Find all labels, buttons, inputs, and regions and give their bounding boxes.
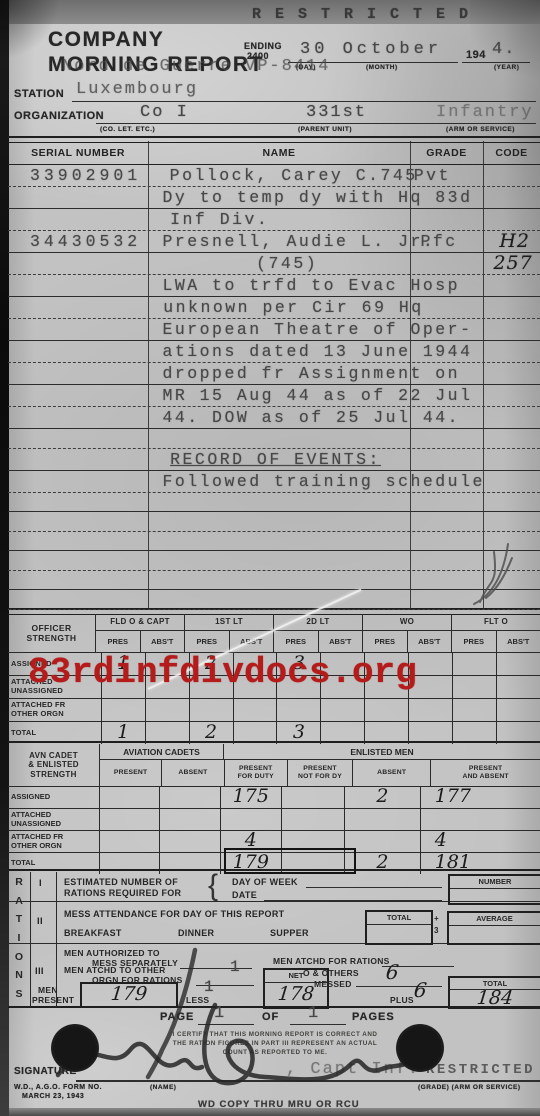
roster-name <box>162 532 417 551</box>
officer-value-cell <box>497 653 540 675</box>
col-serial-number: SERIAL NUMBER <box>8 147 148 159</box>
officer-value-cell <box>409 722 453 744</box>
enlisted-strength-row: ATTACHED UNASSIGNED <box>8 809 540 831</box>
pres-subheader: PRES <box>452 631 497 652</box>
present-not-for-duty-value <box>282 787 345 808</box>
av-present-subheader: PRESENT <box>100 760 162 786</box>
col-grade: GRADE <box>410 147 483 159</box>
organization-label: ORGANIZATION <box>14 110 104 122</box>
roster-serial <box>8 551 162 570</box>
roster-name: Dy to temp dy with Hq 83d <box>154 187 424 208</box>
station-label: STATION <box>14 88 64 100</box>
roster-grade: Pvt <box>418 165 487 186</box>
officer-strength-corner: OFFICER STRENGTH <box>8 614 96 652</box>
present-and-absent-value: 177 <box>421 787 540 808</box>
officer-value-cell <box>365 722 409 744</box>
present-and-absent-value <box>421 809 540 830</box>
officer-value-cell <box>497 722 540 744</box>
roster-serial: 34430532 <box>8 231 154 252</box>
roster-serial <box>8 590 162 609</box>
present-and-absent-subheader: PRESENTAND ABSENT <box>431 760 540 786</box>
roster-row: ations dated 13 June 1944 <box>8 341 540 363</box>
absent-value: 2 <box>345 853 421 874</box>
year-sublabel: (YEAR) <box>494 64 519 71</box>
officer-strength-header: OFFICER STRENGTH FLD O & CAPT PRES ABS'T… <box>8 614 540 653</box>
org-arm-sublabel: (ARM OR SERVICE) <box>446 126 515 133</box>
present-not-for-duty-value <box>282 809 345 830</box>
roster-name-text: (745) <box>170 253 318 274</box>
officer-subheaders: PRES ABS'T <box>274 631 362 652</box>
roster-name: ations dated 13 June 1944 <box>154 341 424 362</box>
roster-serial <box>8 209 162 230</box>
year-value: 4. <box>492 40 516 59</box>
roster-serial <box>8 297 155 318</box>
officer-label-1: OFFICER <box>31 623 71 633</box>
org-parent-sublabel: (PARENT UNIT) <box>298 126 352 133</box>
abst-subheader: ABS'T <box>408 631 452 652</box>
date-line <box>264 900 442 901</box>
mess-total-label: TOTAL <box>367 912 431 925</box>
rations-vertical-label: RATIONS <box>8 872 30 1006</box>
roster-row: 34430532 Presnell, Audie L. Jr. Pfc H2 <box>8 231 540 253</box>
enlisted-subheaders: PRESENT ABSENT PRESENTFOR DUTY PRESENTNO… <box>100 760 540 786</box>
officer-column-groups: FLD O & CAPT PRES ABS'T 1ST LT PRES ABS'… <box>96 614 540 652</box>
rations-letter: I <box>18 932 21 944</box>
officer-value-cell <box>497 699 540 721</box>
roster-name: unknown per Cir 69 Hq <box>155 297 423 318</box>
org-company-value: Co I <box>140 103 189 122</box>
roster-code <box>486 209 540 230</box>
roster-name: 44. DOW as of 25 Jul 44. <box>154 407 424 428</box>
roster-serial <box>8 532 162 551</box>
officer-row-label: ATTACHED FR OTHER ORGN <box>8 699 102 721</box>
roster-code <box>489 385 540 406</box>
present-not-for-duty-subheader: PRESENTNOT FOR DY <box>288 760 353 786</box>
website-watermark: 83rdinfdivdocs.org <box>28 652 417 693</box>
estimated-rations-label-1: ESTIMATED NUMBER OF <box>64 877 178 887</box>
enlisted-row-label: ASSIGNED <box>8 787 100 808</box>
roster-grade <box>417 429 486 448</box>
rations-letter: S <box>15 988 22 1000</box>
roster-name-text: LWA to trfd to Evac Hosp <box>162 276 460 295</box>
roster-serial <box>8 187 154 208</box>
roster-row: LWA to trfd to Evac Hosp <box>8 275 540 297</box>
enlisted-row-label: ATTACHED FR OTHER ORGN <box>8 831 100 852</box>
year-prefix: 194 <box>466 49 486 61</box>
av-present-value <box>100 831 160 852</box>
officer-value-cell <box>277 699 321 721</box>
roster-row: dropped fr Assignment on <box>8 363 540 385</box>
officer-subheaders: PRES ABS'T <box>96 631 184 652</box>
roster-code <box>486 449 540 470</box>
officer-group-label: FLT O <box>452 614 540 631</box>
roster-code <box>489 341 540 362</box>
roster-grade <box>417 209 486 230</box>
roster-name: Followed training schedule <box>154 471 424 492</box>
roster-serial <box>8 449 162 470</box>
estimated-rations-label-2: RATIONS REQUIRED FOR <box>64 888 181 898</box>
roster-name-text: Pollock, Carey C.745 <box>170 166 418 185</box>
roster-serial <box>8 319 154 340</box>
officer-value-cell <box>453 676 497 698</box>
rations-letter: A <box>15 895 23 907</box>
date-label: DATE <box>232 890 257 900</box>
pres-subheader: PRES <box>96 631 141 652</box>
roster-grade <box>424 319 489 340</box>
number-box-label: NUMBER <box>450 876 540 889</box>
officer-value-cell <box>497 676 540 698</box>
enlisted-strength-corner: AVN CADET & ENLISTED STRENGTH <box>8 744 100 786</box>
roster-code: 257 <box>486 253 540 274</box>
roster-serial <box>8 253 162 274</box>
roster-code <box>489 187 540 208</box>
roster-code <box>486 165 540 186</box>
org-company-sublabel: (CO. LET. ETC.) <box>100 126 155 133</box>
roster-code <box>489 319 540 340</box>
roster-table: SERIAL NUMBER NAME GRADE CODE 33902901 P… <box>8 141 540 610</box>
present-for-duty-value: 175 <box>221 787 282 808</box>
roster-name: RECORD OF EVENTS: <box>162 449 417 470</box>
officer-value-cell <box>453 699 497 721</box>
enlisted-strength-row: ASSIGNED 175 2 177 <box>8 787 540 809</box>
abst-subheader: ABS'T <box>141 631 185 652</box>
roster-name <box>162 512 417 531</box>
classification-stamp-top: RESTRICTED <box>252 6 482 23</box>
abst-subheader: ABS'T <box>319 631 363 652</box>
roster-row: Followed training schedule <box>8 471 540 493</box>
station-value: Luxembourg <box>76 80 198 99</box>
officer-strength-row: ATTACHED FR OTHER ORGN <box>8 699 540 722</box>
pres-subheader: PRES <box>363 631 408 652</box>
roster-row <box>8 532 540 552</box>
officer-strength-row: TOTAL 1 2 3 <box>8 722 540 744</box>
roster-serial <box>8 512 162 531</box>
officer-label-2: STRENGTH <box>27 633 77 643</box>
officer-subheaders: PRES ABS'T <box>363 631 451 652</box>
present-for-duty-subheader: PRESENTFOR DUTY <box>225 760 288 786</box>
av-absent-value <box>160 809 220 830</box>
officer-column-group: WO PRES ABS'T <box>363 614 452 652</box>
officer-column-group: 1ST LT PRES ABS'T <box>185 614 274 652</box>
roster-name: Pollock, Carey C.745 <box>162 165 418 186</box>
roster-code <box>486 512 540 531</box>
roster-name: Inf Div. <box>162 209 417 230</box>
enlisted-row-label: ATTACHED UNASSIGNED <box>8 809 100 830</box>
punch-hole-right <box>396 1024 444 1072</box>
officer-value-cell <box>102 699 146 721</box>
pres-subheader: PRES <box>274 631 319 652</box>
av-present-value <box>100 809 160 830</box>
roster-name <box>162 493 417 512</box>
handwritten-signature <box>30 925 480 1110</box>
roster-serial <box>8 493 162 512</box>
ending-label: ENDING <box>244 41 282 51</box>
roster-name: Presnell, Audie L. Jr. <box>154 231 424 252</box>
roster-row <box>8 571 540 591</box>
roster-row: European Theatre of Oper- <box>8 319 540 341</box>
organization-underline <box>96 123 536 124</box>
roster-grade <box>424 407 489 428</box>
officer-value-cell <box>409 699 453 721</box>
roster-grade <box>424 275 489 296</box>
officer-value-cell <box>146 722 190 744</box>
av-present-value <box>100 853 160 874</box>
officer-column-group: 2D LT PRES ABS'T <box>274 614 363 652</box>
officer-group-label: WO <box>363 614 451 631</box>
officer-value-cell <box>321 699 365 721</box>
roster-grade: Pfc <box>424 231 489 252</box>
org-arm-value: Infantry <box>436 103 534 122</box>
roster-row: (745) 257 <box>8 253 540 275</box>
mess-attendance-label: MESS ATTENDANCE FOR DAY OF THIS REPORT <box>64 909 284 919</box>
roster-grade <box>424 297 489 318</box>
officer-value-cell <box>146 699 190 721</box>
pencil-scribble <box>468 538 522 610</box>
roster-code <box>486 429 540 448</box>
roster-row: RECORD OF EVENTS: <box>8 449 540 471</box>
roster-name-text: 44. DOW as of 25 Jul 44. <box>162 408 460 427</box>
officer-column-group: FLD O & CAPT PRES ABS'T <box>96 614 185 652</box>
roster-code <box>489 407 540 428</box>
roster-code <box>489 363 540 384</box>
av-absent-subheader: ABSENT <box>162 760 224 786</box>
month-sublabel: (MONTH) <box>366 64 398 71</box>
roster-row: Inf Div. <box>8 209 540 231</box>
divide-plus-glyph: + <box>434 914 439 923</box>
col-name: NAME <box>148 147 410 159</box>
roster-serial <box>8 429 162 448</box>
roster-code <box>489 471 540 492</box>
roster-serial <box>8 471 154 492</box>
aviation-cadets-group-label: AVIATION CADETS <box>100 744 224 760</box>
roster-row <box>8 590 540 610</box>
roster-grade <box>424 187 489 208</box>
day-of-week-label: DAY OF WEEK <box>232 877 298 887</box>
roster-grade <box>424 471 489 492</box>
roster-name-text: RECORD OF EVENTS: <box>170 450 381 469</box>
brace-glyph: { <box>208 871 218 901</box>
officer-value-cell <box>453 722 497 744</box>
officer-column-group: FLT O PRES ABS'T <box>452 614 540 652</box>
enlisted-strength-table: AVN CADET & ENLISTED STRENGTH AVIATION C… <box>8 744 540 870</box>
roster-name <box>162 551 417 570</box>
roster-row: 33902901 Pollock, Carey C.745 Pvt <box>8 165 540 187</box>
roster-name: LWA to trfd to Evac Hosp <box>154 275 424 296</box>
abst-subheader: ABS'T <box>497 631 540 652</box>
officer-group-label: 1ST LT <box>185 614 273 631</box>
present-for-duty-value <box>221 809 282 830</box>
punch-hole-left <box>51 1024 99 1072</box>
roster-name-text: dropped fr Assignment on <box>162 364 460 383</box>
rations-letter: R <box>15 876 23 888</box>
roster-row: Dy to temp dy with Hq 83d <box>8 187 540 209</box>
roster-grade <box>424 341 489 362</box>
roster-serial <box>8 275 154 296</box>
roster-serial <box>8 407 154 428</box>
officer-value-cell: 2 <box>190 722 234 744</box>
roster-row <box>8 493 540 513</box>
day-of-week-line <box>306 887 442 888</box>
roster-row <box>8 512 540 532</box>
roster-code <box>489 275 540 296</box>
roster-name-text: Inf Div. <box>170 210 269 229</box>
roster-row: MR 15 Aug 44 as of 22 Jul <box>8 385 540 407</box>
roster-grade <box>424 385 489 406</box>
station-underline <box>72 101 536 102</box>
officer-value-cell: 3 <box>277 722 321 744</box>
present-and-absent-value: 4 <box>421 831 540 852</box>
roster-serial <box>8 385 154 406</box>
roster-name <box>162 571 417 590</box>
roster-row: 44. DOW as of 25 Jul 44. <box>8 407 540 429</box>
year-underline <box>462 62 530 63</box>
enlisted-row-label: TOTAL <box>8 853 100 874</box>
col-code: CODE <box>483 147 540 159</box>
absent-subheader: ABSENT <box>353 760 431 786</box>
org-parent-value: 331st <box>306 103 367 122</box>
absent-value <box>345 831 421 852</box>
roster-name: dropped fr Assignment on <box>154 363 424 384</box>
enlisted-men-group-label: ENLISTED MEN <box>224 744 540 760</box>
officer-value-cell <box>321 722 365 744</box>
officer-subheaders: PRES ABS'T <box>452 631 540 652</box>
roster-grade <box>424 363 489 384</box>
officer-row-label: TOTAL <box>8 722 102 744</box>
rations-letter: T <box>16 913 22 925</box>
absent-value <box>345 809 421 830</box>
rations-letter: N <box>15 969 23 981</box>
number-box: NUMBER <box>448 874 540 905</box>
officer-value-cell <box>453 653 497 675</box>
roster-name: MR 15 Aug 44 as of 22 Jul <box>154 385 424 406</box>
form-title-line1: COMPANY <box>48 28 164 52</box>
roster-grade <box>417 512 486 531</box>
enlisted-strength-header: AVN CADET & ENLISTED STRENGTH AVIATION C… <box>8 744 540 787</box>
roster-name-text: unknown per Cir 69 Hq <box>163 298 423 317</box>
rations-letter: O <box>15 951 23 963</box>
roster-name <box>162 429 417 448</box>
roster-row <box>8 429 540 449</box>
roster-code <box>489 297 540 318</box>
officer-value-cell <box>234 699 278 721</box>
roster-name-text: Presnell, Audie L. Jr. <box>162 232 435 251</box>
roster-code: H2 <box>489 231 540 252</box>
roster-serial: 33902901 <box>8 165 162 186</box>
roster-grade <box>417 493 486 512</box>
av-absent-value <box>160 831 220 852</box>
roster-code <box>486 493 540 512</box>
officer-value-cell <box>234 722 278 744</box>
av-absent-value <box>160 787 220 808</box>
officer-value-cell <box>365 699 409 721</box>
absent-value: 2 <box>345 787 421 808</box>
roster-row: unknown per Cir 69 Hq <box>8 297 540 319</box>
roster-name <box>162 590 417 609</box>
scanned-morning-report: RESTRICTED COMPANY MORNING REPORT ENDING… <box>0 0 540 1116</box>
roster-row <box>8 551 540 571</box>
pres-subheader: PRES <box>185 631 230 652</box>
roster-serial <box>8 363 154 384</box>
total-present-box <box>224 848 356 874</box>
roster-grade <box>417 253 486 274</box>
av-present-value <box>100 787 160 808</box>
roster-name: European Theatre of Oper- <box>154 319 424 340</box>
present-and-absent-value: 181 <box>421 853 540 874</box>
roster-name: (745) <box>162 253 417 274</box>
roster-grade <box>417 449 486 470</box>
roster-header-row: SERIAL NUMBER NAME GRADE CODE <box>8 141 540 165</box>
roster-serial <box>8 341 154 362</box>
officer-value-cell <box>190 699 234 721</box>
officer-value-cell: 1 <box>102 722 146 744</box>
map-reference-value: Nord de Guerre VP-8414 <box>62 57 330 76</box>
roster-serial <box>8 571 162 590</box>
rations-row1-numeral: I <box>39 878 42 889</box>
officer-group-label: FLD O & CAPT <box>96 614 184 631</box>
